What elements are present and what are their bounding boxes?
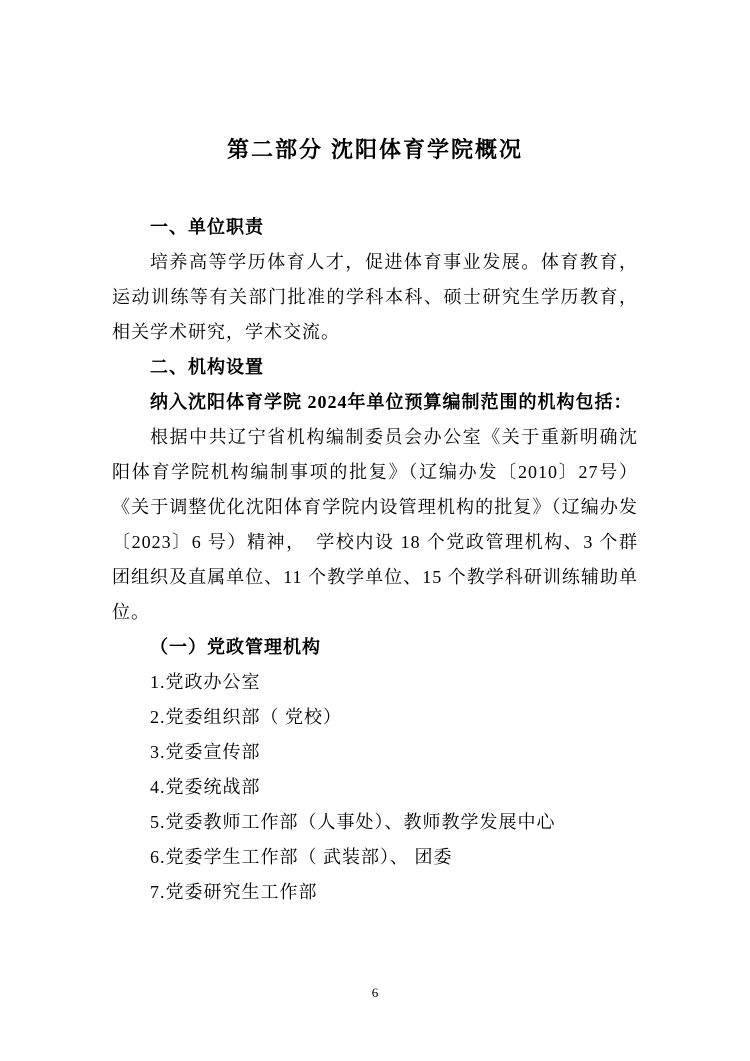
page-number: 6 — [0, 985, 750, 1001]
page-title: 第二部分 沈阳体育学院概况 — [112, 135, 638, 165]
org-list-item-7: 7.党委研究生工作部 — [112, 875, 638, 910]
document-page: 第二部分 沈阳体育学院概况 一、单位职责 培养高等学历体育人才，促进体育事业发展… — [0, 0, 750, 1061]
org-list-item-1: 1.党政办公室 — [112, 665, 638, 700]
paragraph-org-basis: 根据中共辽宁省机构编制委员会办公室《关于重新明确沈阳体育学院机构编制事项的批复》… — [112, 420, 638, 630]
org-list-item-2: 2.党委组织部（ 党校） — [112, 700, 638, 735]
section-heading-org-setup: 二、机构设置 — [112, 350, 638, 385]
paragraph-unit-duties: 培养高等学历体育人才，促进体育事业发展。体育教育，运动训练等有关部门批准的学科本… — [112, 245, 638, 350]
org-list-item-3: 3.党委宣传部 — [112, 735, 638, 770]
section-heading-unit-duties: 一、单位职责 — [112, 210, 638, 245]
org-list-item-6: 6.党委学生工作部（ 武装部）、 团委 — [112, 840, 638, 875]
subsection-heading-party-admin: （一）党政管理机构 — [112, 630, 638, 665]
paragraph-budget-scope-intro: 纳入沈阳体育学院 2024年单位预算编制范围的机构包括： — [112, 385, 638, 420]
org-list-item-5: 5.党委教师工作部（人事处）、教师教学发展中心 — [112, 805, 638, 840]
document-content: 第二部分 沈阳体育学院概况 一、单位职责 培养高等学历体育人才，促进体育事业发展… — [112, 135, 638, 910]
org-list-item-4: 4.党委统战部 — [112, 770, 638, 805]
